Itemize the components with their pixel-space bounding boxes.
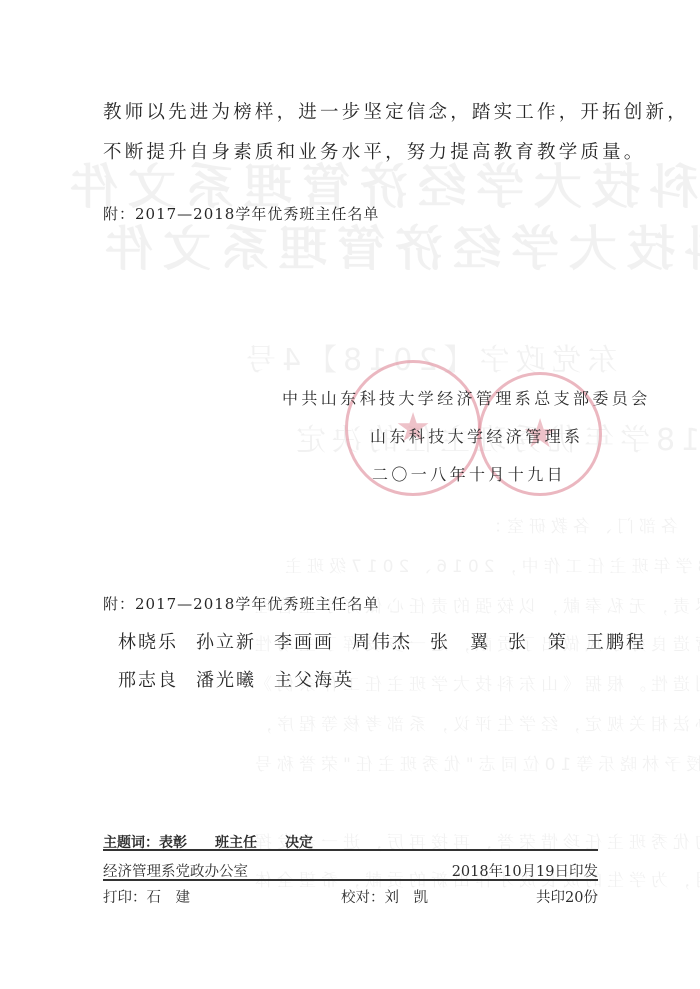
name-item: 张 翼 [430,628,490,654]
name-item: 林晓乐 [118,628,178,654]
bleedthrough-line: 各部门、各教研室： [480,512,678,537]
issuer: 经济管理系党政办公室 [103,860,248,881]
name-item: 邢志良 [118,666,178,692]
name-item: 李画画 [274,628,334,654]
signature-date: 二〇一八年十月十九日 [372,462,566,485]
name-item: 周伟杰 [352,628,412,654]
name-item: 张 策 [508,628,568,654]
proofreader: 校对：刘 凯 [341,886,428,907]
bleedthrough-line: 班主任考核办法相关规定，经学生评议，系部考核等程序， [250,710,700,735]
name-item: 孙立新 [196,628,256,654]
divider-bottom [103,879,598,881]
bleedthrough-docnum: 东党政字【2018】4号 [240,335,617,379]
signature-org-1: 中共山东科技大学经济管理系总支部委员会 [282,386,651,409]
body-line-1: 教师以先进为榜样，进一步坚定信念，踏实工作，开拓创新， [103,98,689,124]
divider-top [103,849,598,851]
signature-org-2: 山东科技大学经济管理系 [370,424,583,447]
bleedthrough-line: 决定授予林晓乐等10位同志"优秀班主任"荣誉称号 [250,750,700,775]
name-item: 王鹏程 [586,628,646,654]
name-item: 主父海英 [274,666,354,692]
names-row-1: 林晓乐孙立新李画画周伟杰张 翼张 策王鹏程 [118,628,646,654]
attachment-title: 附：2017—2018学年优秀班主任名单 [103,593,379,614]
printer: 打印：石 建 [103,886,190,907]
copies: 共印20份 [536,886,598,907]
attachment-note: 附：2017—2018学年优秀班主任名单 [103,203,379,224]
names-row-2: 邢志良潘光曦主父海英 [118,666,372,692]
issue-date: 2018年10月19日印发 [452,860,598,881]
bleedthrough-line: 在2017—2018学年班主任工作中，2016、2017级班主 [280,552,700,577]
body-line-2: 不断提升自身素质和业务水平，努力提高教育教学质量。 [103,138,646,164]
name-item: 潘光曦 [196,666,256,692]
